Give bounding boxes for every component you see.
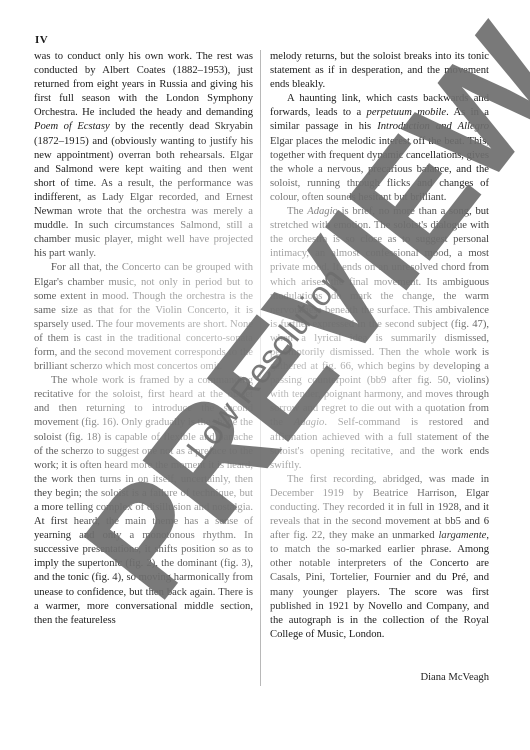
paragraph: For all that, the Concerto can be groupe…: [34, 261, 253, 374]
musical-term: perpetuum mobile: [367, 107, 447, 118]
paragraph: The first recording, abridged, was made …: [270, 473, 489, 642]
musical-term: Adagio: [307, 206, 338, 217]
text-run: was to conduct only his own work. The re…: [34, 51, 253, 118]
text-run: is brief, no more than a song, but stret…: [270, 206, 489, 428]
text-run: , to match the so-marked earlier phrase.…: [270, 530, 489, 640]
work-title: Introduction and Allegro: [377, 121, 489, 132]
work-title: Poem of Ecstasy: [34, 121, 110, 132]
text-run: by the recently dead Skryabin (1872–1915…: [34, 121, 253, 259]
document-page: IV was to conduct only his own work. The…: [0, 0, 530, 750]
text-run: The: [287, 206, 307, 217]
column-divider: [260, 50, 261, 686]
paragraph: The Adagio is brief, no more than a song…: [270, 205, 489, 473]
paragraph: melody returns, but the soloist breaks i…: [270, 50, 489, 92]
left-column: was to conduct only his own work. The re…: [34, 50, 253, 628]
page-number: IV: [35, 34, 48, 46]
paragraph: A haunting link, which casts backwards a…: [270, 92, 489, 205]
right-column: melody returns, but the soloist breaks i…: [270, 50, 489, 642]
musical-term: largamente: [438, 530, 486, 541]
author-signature: Diana McVeagh: [420, 672, 489, 683]
musical-term: Adagio: [294, 417, 325, 428]
paragraph: was to conduct only his own work. The re…: [34, 50, 253, 261]
paragraph: The whole work is framed by a commanding…: [34, 374, 253, 628]
text-run: Elgar places the melodic interest off th…: [270, 136, 489, 203]
